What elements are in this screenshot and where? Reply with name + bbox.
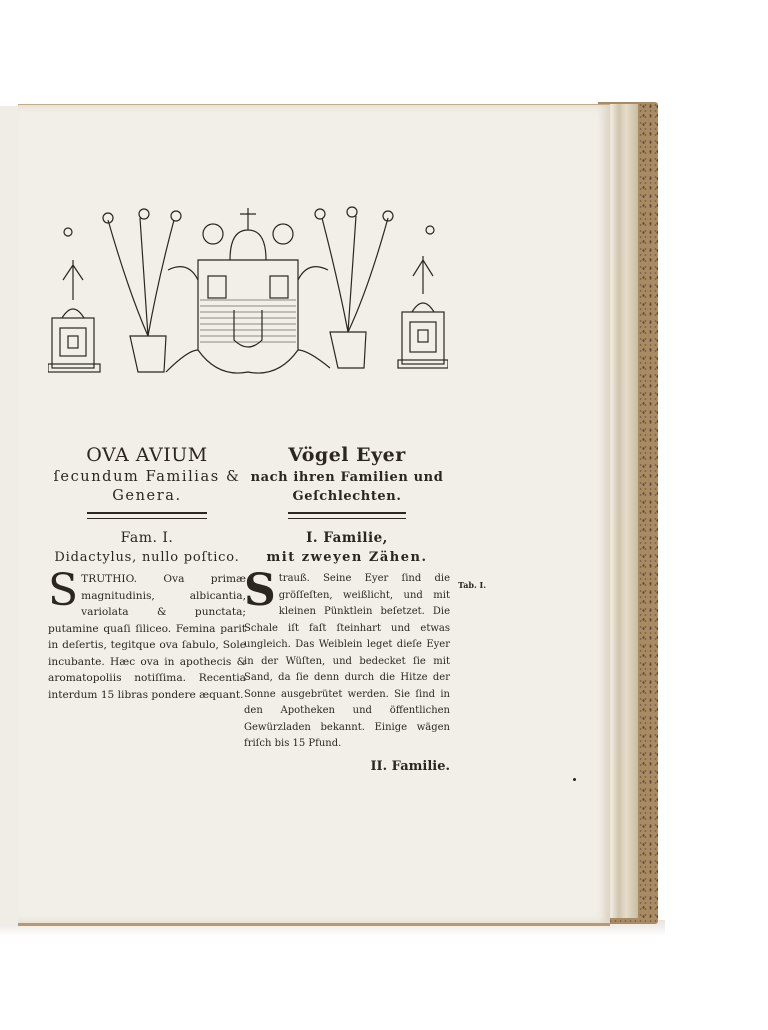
german-family-heading: I. Familie, [244, 529, 450, 548]
woodcut-ornament [48, 200, 448, 378]
latin-double-rule [87, 512, 207, 519]
german-dropcap: S [244, 573, 276, 609]
latin-title: OVA AVIUM [48, 444, 246, 466]
latin-paragraph: STRUTHIO. Ova primæ magnitudinis, albica… [48, 571, 246, 703]
german-double-rule [288, 512, 406, 519]
latin-family-heading: Fam. I. [48, 529, 246, 548]
latin-subtitle-1: ſecundum Familias & [48, 468, 246, 487]
latin-dropcap: S [48, 573, 78, 609]
plate-reference: Tab. I. [458, 580, 486, 590]
ink-speck [573, 778, 576, 781]
left-page-edge [0, 106, 20, 926]
german-subtitle-1: nach ihren Familien und [244, 468, 450, 487]
german-subtitle-2: Geſchlechten. [244, 487, 450, 506]
german-title: Vögel Eyer [244, 444, 450, 466]
german-family-desc: mit zweyen Zähen. [244, 548, 450, 567]
german-column: Vögel Eyer nach ihren Familien und Geſch… [244, 444, 450, 774]
latin-subtitle-2: Genera. [48, 487, 246, 506]
german-paragraph: Strauß. Seine Eyer ſind die gröſſeſten, … [244, 571, 450, 753]
latin-column: OVA AVIUM ſecundum Familias & Genera. Fa… [48, 444, 246, 703]
latin-family-desc: Didactylus, nullo poſtico. [48, 548, 246, 567]
next-family-catchword: II. Familie. [244, 759, 450, 774]
